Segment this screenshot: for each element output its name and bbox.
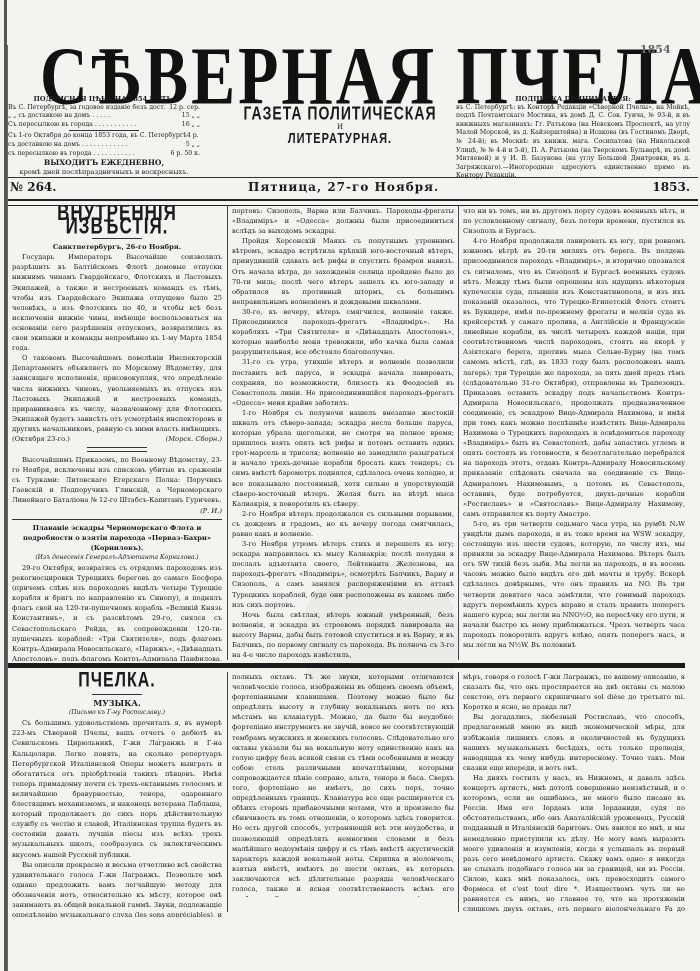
section-title-internal-news: ВНУТРЕННІЯ ИЗВѢСТІЯ.: [12, 206, 222, 233]
price-value: 4 р. с.: [187, 132, 200, 141]
price-value: 15 „ „: [182, 112, 200, 121]
paragraph: полныхъ октавъ. Тѣ же звуки, которыми от…: [232, 672, 454, 897]
feuilleton-divider: [8, 663, 685, 668]
column-divider: [7, 45, 8, 971]
paragraph: Ночь была свѣтлая, вѣтеръ южный умѣренны…: [232, 610, 454, 660]
price-row: „ „ съ доставкою на домъ . . . . .15 „ „: [8, 112, 200, 121]
source-date: (Октября 23-го.): [12, 434, 70, 444]
price-value: 16 „ „: [182, 121, 200, 130]
issue-date: Пятница, 27-го Ноября.: [248, 180, 439, 194]
column-right-news: что ни въ томъ, ни въ другомъ порту судо…: [463, 206, 685, 661]
divider: [12, 519, 222, 520]
subtitle-line-1: ГАЗЕТА ПОЛИТИЧЕСКАЯ: [230, 103, 450, 124]
price-row: Съ 1-го Октября до конца 1853 года, въ С…: [8, 132, 200, 141]
column-middle-feuilleton: полныхъ октавъ. Тѣ же звуки, которыми от…: [232, 672, 454, 897]
paragraph: 31-го съ утра, утихшіе вѣтеръ и волненіе…: [232, 357, 454, 407]
issue-year: 1853.: [652, 180, 690, 194]
divider: [8, 199, 698, 206]
subtitle-line-3: ЛИТЕРАТУРНАЯ.: [230, 131, 450, 147]
subscription-accepted-text: въ С. Петербургѣ: въ Конторѣ Редакціи «С…: [456, 104, 690, 181]
price-row: Съ пересылкою въ города . . . . . . . . …: [8, 121, 200, 130]
column-divider: [227, 672, 228, 912]
paragraph: Высочайшимъ Приказомъ, по Военному Вѣдом…: [12, 455, 222, 505]
price-label: съ доставкою на домъ . . . . . . . . . .…: [8, 141, 127, 150]
paragraph: Государь Императоръ Высочайше соизволилъ…: [12, 252, 222, 353]
price-row: съ доставкою на домъ . . . . . . . . . .…: [8, 141, 200, 150]
divider: [8, 177, 698, 178]
feuilleton-title: ПЧЕЛКА.: [12, 674, 222, 688]
paragraph: Съ большимъ удовольствіемъ прочиталъ я, …: [12, 718, 222, 859]
price-label: съ пересылкою въ города . . . . . . . . …: [8, 150, 135, 159]
paragraph: мѣръ, говоря о голосѣ Г-жи Лагранжъ, по …: [463, 672, 685, 712]
paragraph: 3-го Ноября утромъ вѣтеръ стихъ и переше…: [232, 539, 454, 610]
paragraph: О таковомъ Высочайшемъ повелѣніи Инспект…: [12, 353, 222, 434]
article-source: (Изъ донесенія Генералъ-Адъютанта Корнил…: [12, 553, 222, 563]
paragraph: Вы догадались, любезный Ростиславъ, что …: [463, 712, 685, 773]
column-middle-news: портовъ: Сизополь, Варна или Балчикъ. Па…: [232, 206, 454, 661]
dateline: № 264. Пятница, 27-го Ноября. 1853.: [10, 180, 690, 194]
column-divider: [227, 205, 228, 660]
paragraph: 1-го Ноября съ полуночи нашелъ внезапно …: [232, 408, 454, 509]
column-left-news: ВНУТРЕННІЯ ИЗВѢСТІЯ. Санктпетербургъ, 26…: [12, 206, 222, 661]
source-attribution: (Р. И.): [12, 506, 222, 516]
publication-schedule-note: кромѣ дней послѣпраздничныхъ и воскресны…: [8, 168, 200, 177]
paragraph: портовъ: Сизополь, Варна или Балчикъ. Па…: [232, 206, 454, 236]
paragraph: Пройдя Херсонскій Маякъ съ попутнымъ утр…: [232, 236, 454, 307]
price-value: 6 р. 50 к.: [171, 150, 200, 159]
masthead-year-mark: 1854: [640, 43, 671, 56]
masthead-subtitle: ГАЗЕТА ПОЛИТИЧЕСКАЯ И ЛИТЕРАТУРНАЯ.: [230, 105, 450, 145]
divider: [69, 130, 139, 131]
column-divider: [458, 205, 459, 660]
publication-schedule: ВЫХОДИТЪ ЕЖЕДНЕВНО,: [8, 159, 200, 168]
divider: [92, 694, 142, 695]
paragraph: 5-го, въ три четверти седьмаго часа утра…: [463, 519, 685, 650]
price-row: Въ С. Петербургѣ, за годовое изданіе без…: [8, 104, 200, 113]
column-left-feuilleton: ПЧЕЛКА. МУЗЫКА. (Письмо къ Г-ну Ростисла…: [12, 672, 222, 917]
paragraph: На дняхъ гостилъ у насъ, въ Нижнемъ, и д…: [463, 773, 685, 917]
price-value: 12 р. сер.: [169, 104, 200, 113]
newspaper-page: СѢВЕРНАЯ ПЧЕЛА. 1854 ПОДПИСНАЯ ЦѢНА НА 1…: [0, 0, 700, 971]
price-label: „ „ съ доставкою на домъ . . . . .: [8, 112, 110, 121]
source-attribution: (Морск. Сборн.): [166, 434, 222, 444]
subscription-accepted-heading: ПОДПИСКА ПРИНИМАЕТСЯ:: [456, 95, 690, 104]
source-line: (Октября 23-го.) (Морск. Сборн.): [12, 434, 222, 444]
price-label: Въ С. Петербургѣ, за годовое изданіе без…: [8, 104, 166, 113]
paragraph: 30-го, къ вечеру, вѣтеръ смягчился, волн…: [232, 307, 454, 357]
price-value: 5 „ „: [186, 141, 200, 150]
price-label: Съ пересылкою въ города . . . . . . . . …: [8, 121, 136, 130]
subscription-price-box: ПОДПИСНАЯ ЦѢНА НА 1854 ГОДЪ: Въ С. Петер…: [8, 95, 200, 176]
subtitle-line-2: И: [230, 123, 450, 131]
feuilleton-source: (Письмо къ Г-ну Ростиславу.): [12, 708, 222, 718]
paragraph: 29-го Октября, возвратясь съ отрядомъ па…: [12, 563, 222, 661]
column-divider: [458, 672, 459, 912]
subscription-accepted-box: ПОДПИСКА ПРИНИМАЕТСЯ: въ С. Петербургѣ: …: [456, 95, 690, 181]
article-dateline: Санктпетербургъ, 26-го Ноября.: [12, 242, 222, 252]
column-right-feuilleton: мѣръ, говоря о голосѣ Г-жи Лагранжъ, по …: [463, 672, 685, 917]
issue-number: № 264.: [10, 180, 56, 194]
paragraph: 2-го Ноября вѣтеръ продолжался съ сильны…: [232, 509, 454, 539]
article-title: Плаваніе эскадры Черноморскаго Флота и п…: [12, 523, 222, 553]
paragraph: Вы описали прекрасно и весьма отчетливо …: [12, 860, 222, 917]
paragraph: что ни въ томъ, ни въ другомъ порту судо…: [463, 206, 685, 236]
subscription-price-heading: ПОДПИСНАЯ ЦѢНА НА 1854 ГОДЪ:: [8, 95, 200, 104]
divider: [87, 447, 147, 452]
feuilleton-subtitle: МУЗЫКА.: [12, 698, 222, 708]
price-label: Съ 1-го Октября до конца 1853 года, въ С…: [8, 132, 187, 141]
price-row: съ пересылкою въ города . . . . . . . . …: [8, 150, 200, 159]
paragraph: 4-го Ноября продолжали лавировать къ югу…: [463, 236, 685, 519]
